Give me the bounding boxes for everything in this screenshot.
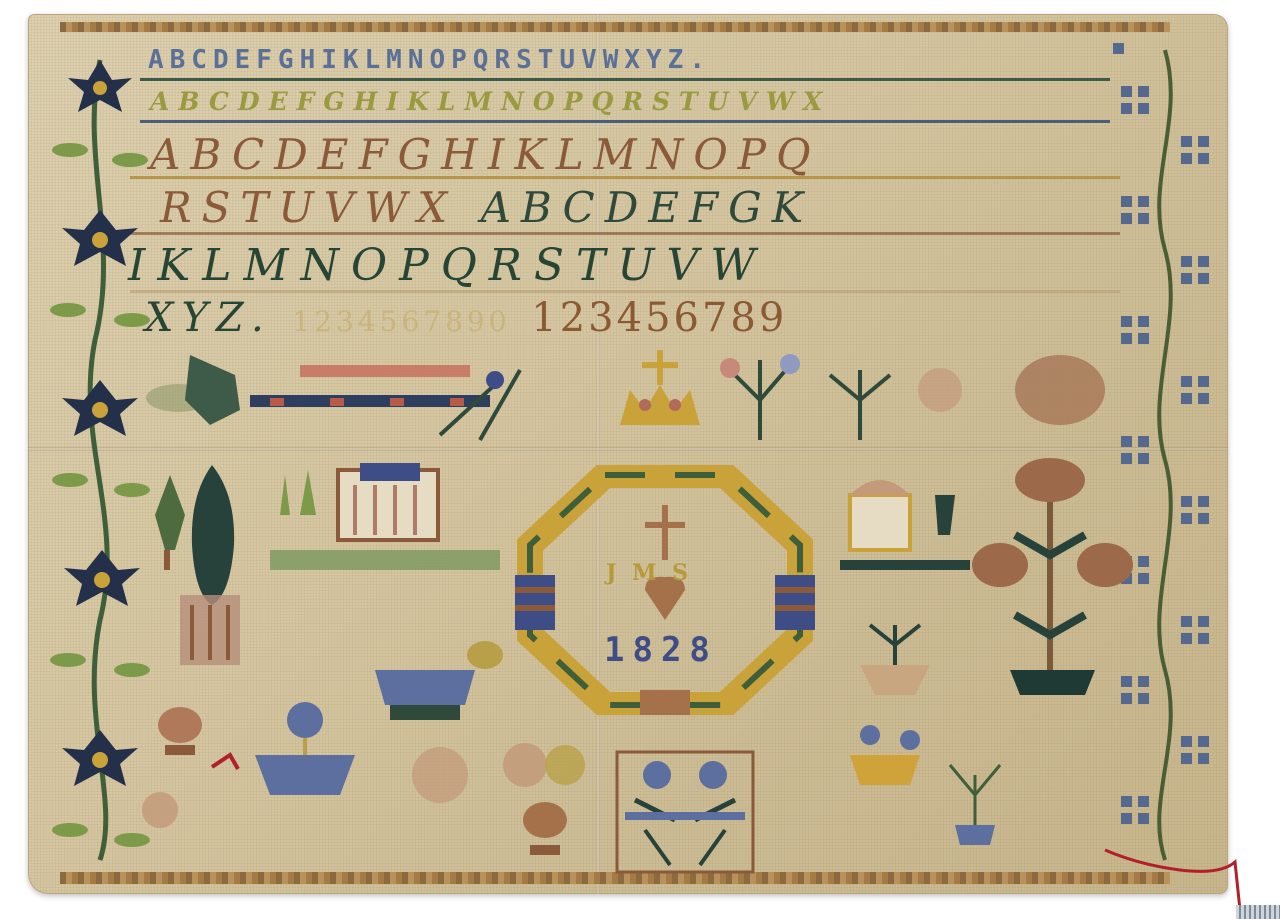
urn-icon	[158, 707, 202, 743]
year-1828: 1828	[604, 630, 718, 670]
wreath-band-right	[775, 575, 815, 630]
alphabet-row-6a: XYZ.	[145, 295, 272, 341]
blue-flower-icon	[287, 702, 323, 738]
top-border-band	[60, 22, 1170, 32]
row-divider	[140, 120, 1110, 123]
small-house-icon	[850, 495, 910, 550]
row-divider	[140, 78, 1110, 81]
tulip-flower-icon	[1015, 458, 1085, 502]
center-wreath	[515, 465, 815, 715]
floral-box-panel	[615, 750, 755, 875]
topiary-tree-icon	[155, 475, 185, 550]
cross-icon	[645, 505, 685, 560]
flower-basket-icon	[860, 665, 930, 695]
bowl-icon	[255, 755, 355, 795]
strawberry-icon	[185, 355, 240, 425]
urn-with-flowers	[490, 735, 600, 875]
numerals-faded: 1234567890	[292, 305, 510, 338]
wreath-band-left	[515, 575, 555, 630]
rose-icon	[1015, 355, 1105, 425]
numerals-row: 123456789	[531, 295, 787, 341]
label-tag	[1236, 905, 1280, 919]
alphabet-row-5: IKLMNOPQRSTUVW	[128, 240, 1280, 291]
red-thread	[1100, 840, 1250, 919]
flower-basket-icon	[375, 670, 475, 705]
alphabet-row-4b: ABCDEFGK	[481, 183, 814, 232]
alphabet-row-4a: RSTUVWX	[160, 183, 457, 232]
pot-icon	[1010, 670, 1095, 695]
row-divider	[130, 232, 1120, 235]
upper-right-flowers	[700, 340, 1140, 450]
bird-icon	[467, 641, 503, 669]
lower-left-motifs	[130, 455, 530, 875]
lower-right-motifs	[820, 455, 1140, 875]
initials: J M S	[606, 560, 692, 586]
upper-left-motifs	[140, 340, 600, 450]
cypress-tree-icon	[192, 465, 234, 605]
